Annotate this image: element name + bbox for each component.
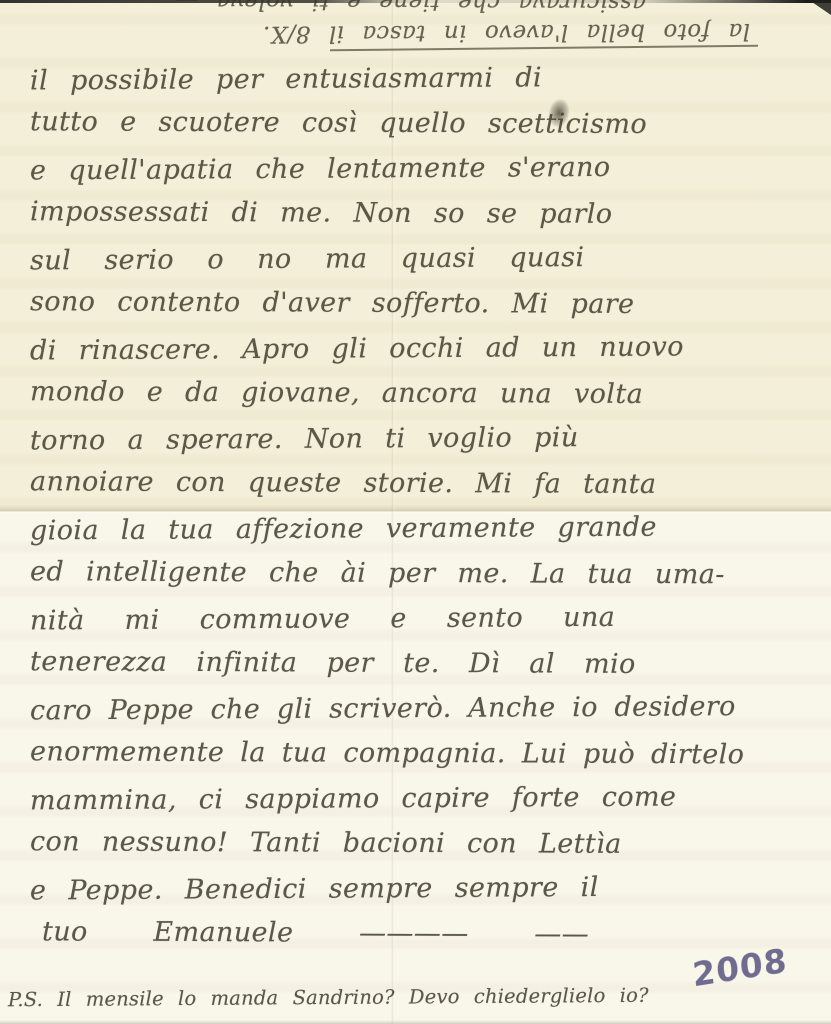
handwriting-line-7: di rinascere. Apro gli occhi ad un nuovo — [30, 324, 827, 374]
handwriting-line-10: annoiare con queste storie. Mi fa tanta — [30, 459, 827, 507]
handwriting-line-13: nità mi commuove e sento una — [30, 594, 827, 644]
scan-edge-top — [0, 0, 831, 3]
handwriting-line-9: torno a sperare. Non ti voglio più — [30, 414, 827, 464]
handwriting-line-18: con nessuno! Tanti bacioni con Lettìa — [30, 819, 827, 867]
handwriting-line-12: ed intelligente che ài per me. La tua um… — [30, 549, 827, 597]
handwriting-line-8: mondo e da giovane, ancora una volta — [30, 369, 827, 417]
handwriting-line-17: mammina, ci sappiamo capire forte come — [30, 774, 827, 824]
overleaf-upside-down-text: la foto bella l'avevo in tasca il 8/X. a… — [40, 0, 788, 48]
signature-line: tuo Emanuele ———— —— — [30, 909, 827, 957]
handwriting-line-15: caro Peppe che gli scriverò. Anche io de… — [30, 684, 827, 734]
handwriting-line-6: sono contento d'aver sofferto. Mi pare — [30, 279, 827, 327]
handwriting-line-19: e Peppe. Benedici sempre sempre il — [30, 864, 827, 914]
postscript-line: P.S. Il mensile lo manda Sandrino? Devo … — [8, 984, 649, 1011]
handwriting-line-5: sul serio o no ma quasi quasi — [30, 234, 827, 284]
letter-body: il possibile per entusiasmarmi di tutto … — [30, 56, 827, 956]
handwriting-line-4: impossessati di me. Non so se parlo — [30, 189, 827, 237]
handwriting-line-3: e quell'apatia che lentamente s'erano — [30, 144, 827, 194]
scan-edge-bottom — [0, 1020, 831, 1024]
handwriting-line-1: il possibile per entusiasmarmi di — [30, 54, 827, 104]
letter-page: la foto bella l'avevo in tasca il 8/X. a… — [0, 0, 831, 1024]
handwriting-line-16: enormemente la tua compagnia. Lui può di… — [30, 729, 827, 777]
handwriting-line-11: gioia la tua affezione veramente grande — [30, 504, 827, 554]
handwriting-line-2: tutto e scuotere così quello scetticismo — [30, 99, 827, 147]
handwriting-line-14: tenerezza infinita per te. Dì al mio — [30, 639, 827, 687]
